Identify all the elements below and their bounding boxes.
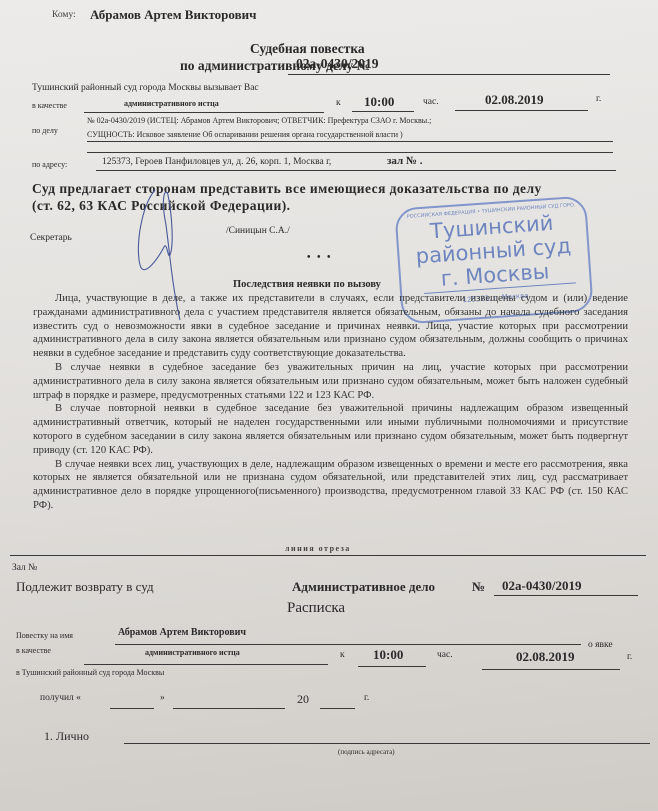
received-year-prefix: 20 [297, 692, 309, 707]
date-suffix: г. [596, 94, 601, 104]
evidence-notice-line1: Суд предлагает сторонам представить все … [32, 181, 542, 197]
signature-caption: (подпись адресата) [338, 748, 395, 756]
separator-dots: • • • [307, 252, 333, 263]
receipt-capacity-value: административного истца [145, 648, 240, 657]
case-details-line1: № 02а-0430/2019 (ИСТЕЦ: Абрамов Артем Ви… [87, 116, 431, 125]
cut-line [10, 555, 646, 556]
consequences-text: Лица, участвующие в деле, а также их пре… [33, 292, 628, 513]
received-quote-close: » [160, 693, 165, 703]
evidence-notice-line2: (ст. 62, 63 КАС Российской Федерации). [32, 198, 290, 214]
title-case-number: 02а-0430/2019 [296, 56, 379, 72]
summons-name-label: Повестку на имя [16, 631, 73, 640]
secretary-label: Секретарь [30, 233, 72, 243]
received-year-suffix: г. [364, 693, 369, 703]
consequences-paragraph: В случае неявки всех лиц, участвующих в … [33, 458, 628, 513]
address-label: по адресу: [32, 160, 67, 169]
cut-line-label: линия отреза [285, 544, 351, 553]
receipt-time-suffix: час. [437, 650, 453, 660]
consequences-paragraph: В случае повторной неявки в судебное зас… [33, 402, 628, 457]
hall-label: зал № . [387, 155, 423, 167]
addressee-name: Абрамов Артем Викторович [90, 7, 256, 23]
personally-label: 1. Лично [44, 729, 89, 744]
time-suffix: час. [423, 97, 439, 107]
receipt-case-no-sign: № [472, 579, 485, 595]
address-value: 125373, Героев Панфиловцев ул, д. 26, ко… [102, 157, 331, 167]
addressee-signature-field[interactable] [124, 743, 650, 744]
receipt-date-suffix: г. [627, 652, 632, 662]
received-label: получил « [40, 693, 81, 703]
consequences-paragraph: Лица, участвующие в деле, а также их пре… [33, 292, 628, 361]
appearance-label: о явке [588, 640, 613, 650]
receipt-capacity-label: в качестве [16, 646, 51, 655]
received-month-field[interactable] [173, 708, 285, 709]
court-calls-text: Тушинский районный суд города Москвы выз… [32, 83, 259, 93]
addressee-label: Кому: [52, 10, 76, 20]
receipt-time-prefix: к [340, 650, 345, 660]
case-details-line2: СУЩНОСТЬ: Исковое заявление Об оспариван… [87, 130, 403, 139]
received-day-field[interactable] [110, 708, 154, 709]
receipt-date: 02.08.2019 [516, 649, 575, 665]
receipt-title: Расписка [287, 600, 345, 617]
receipt-hall-label: Зал № [12, 563, 37, 573]
receipt-court: в Тушинский районный суд города Москвы [16, 668, 164, 677]
receipt-summons-name: Абрамов Артем Викторович [118, 627, 246, 638]
hearing-time: 10:00 [364, 94, 394, 110]
received-year-field[interactable] [320, 708, 355, 709]
consequences-paragraph: В случае неявки в судебное заседание без… [33, 361, 628, 402]
document-title: Судебная повестка [250, 41, 365, 57]
capacity-value: административного истца [124, 99, 219, 108]
return-to-court-label: Подлежит возврату в суд [16, 579, 154, 595]
receipt-case-number: 02а-0430/2019 [502, 578, 581, 594]
secretary-name: /Синицын С.А./ [226, 226, 290, 236]
time-prefix: к [336, 98, 341, 108]
consequences-heading: Последствия неявки по вызову [233, 279, 381, 290]
capacity-label: в качестве [32, 101, 67, 110]
case-label: по делу [32, 126, 58, 135]
hearing-date: 02.08.2019 [485, 92, 544, 108]
receipt-case-label: Административное дело [292, 579, 435, 595]
receipt-time: 10:00 [373, 647, 403, 663]
